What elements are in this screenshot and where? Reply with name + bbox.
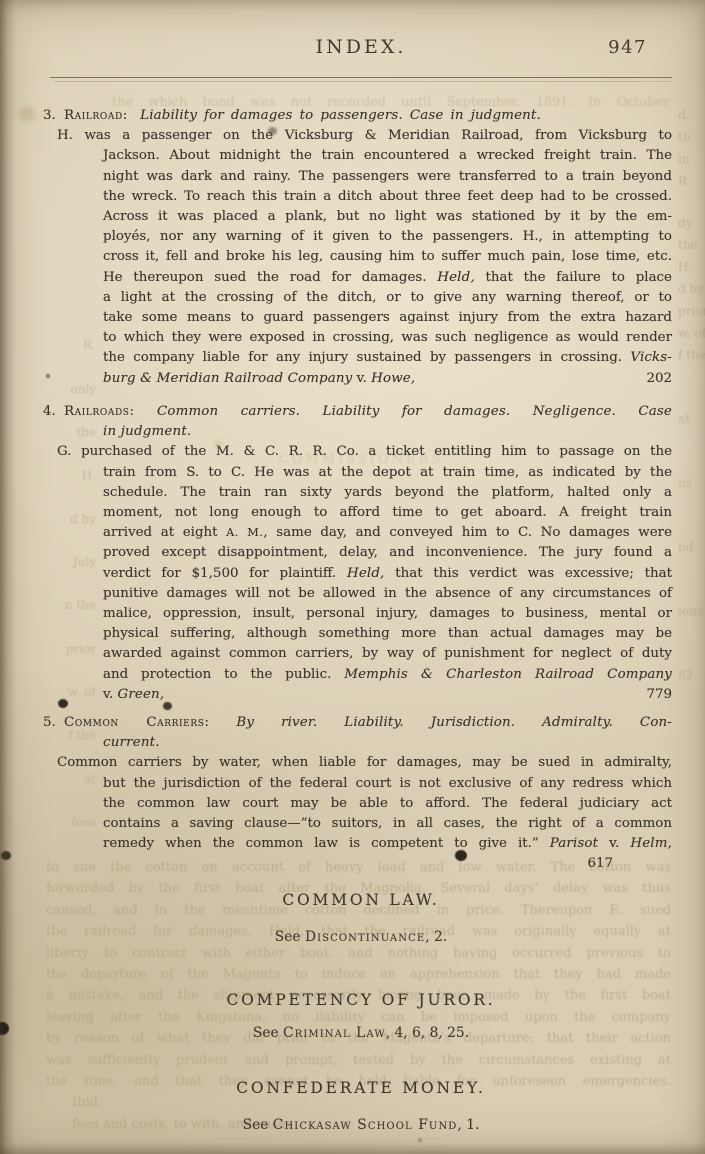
index-entry: 4.Railroads: Common carriers. Liability … [103,402,672,705]
see-word: See [275,929,305,945]
text-line: He thereupon sued the road for damages. … [103,268,672,288]
ghost-fragment: th [678,130,691,144]
text-line: to which they were exposed in crossing, … [103,328,672,348]
entry-heading: 3.Railroad: Liability for damages to pas… [43,106,672,126]
ghost-fragment: R. [678,174,691,188]
see-suffix: , 2. [425,929,447,945]
entry-term: Railroads: [64,404,135,419]
entry-subtitle-continuation: in judgment. [103,422,672,442]
ghost-fragment: the [678,238,698,252]
index-entry: 3.Railroad: Liability for damages to pas… [103,106,672,389]
section-see-reference: See Discontinuance, 2. [50,929,672,945]
page-reference: 779 [646,685,672,705]
text-line: a light at the crossing of the ditch, or… [103,288,672,308]
text-line: Across it was placed a plank, but no lig… [103,207,672,227]
text-line: cross it, fell and broke his leg, causin… [103,247,672,267]
text-line: the company liable for any injury sustai… [103,348,672,368]
ghost-fragment: only [44,382,96,396]
ghost-fragment: at [44,772,96,786]
entry-last-line: burg & Meridian Railroad Company v. Howe… [103,369,672,389]
entry-term: Railroad: [64,108,128,123]
ghost-fragment: prior [678,304,705,318]
see-term: Criminal Law [283,1025,386,1041]
ghost-fragment: f the [678,348,705,362]
ghost-fragment: ions [678,604,703,618]
text-line: moment, not long enough to afford time t… [103,503,672,523]
text-line: verdict for $1,500 for plaintiff. Held, … [103,564,672,584]
section-see-reference: See Criminal Law, 4, 6, 8, 25. [50,1025,672,1041]
ghost-fragment: July [44,555,96,569]
text-line: Jackson. About midnight the train encoun… [103,146,672,166]
ink-blot [58,699,68,708]
ghost-fragment: 82 [678,668,693,682]
see-word: See [253,1025,283,1041]
entry-heading: 5.Common Carriers: By river. Liability. … [43,713,672,733]
case-citation: burg & Meridian Railroad Company v. Howe… [103,369,415,389]
ghost-fragment: H. [678,260,692,274]
see-word: See [243,1117,273,1133]
text-line: malice, oppression, insult, personal inj… [103,604,672,624]
ghost-fragment: d by [678,282,704,296]
page-bottom-edge-shadow [0,1142,705,1154]
page-number: 947 [608,37,647,58]
text-line: H. was a passenger on the Vicksburg & Me… [57,126,672,146]
text-line: remedy when the common law is competent … [103,834,672,854]
text-line: G. purchased of the M. & C. R. R. Co. a … [57,442,672,462]
text-line: night was dark and rainy. The passengers… [103,167,672,187]
see-term: Chickasaw School Fund [273,1117,458,1133]
entry-number: 3. [43,106,64,126]
text-line: take some means to guard passengers agai… [103,308,672,328]
ink-blot [18,106,35,122]
ink-blot [46,374,50,378]
page-reference-row: 617 [103,854,672,874]
text-line: awarded against common carriers, by way … [103,644,672,664]
text-line: Common carriers by water, when liable fo… [57,753,672,773]
entry-subtitle: Common carriers. Liability for damages. … [157,404,672,419]
index-entry: 5.Common Carriers: By river. Liability. … [103,713,672,875]
ink-blot [455,850,467,861]
text-line: ployés, nor any warning of it given to t… [103,227,672,247]
ghost-fragment: in [678,152,690,166]
section-heading-common-law: COMMON LAW. [50,891,672,909]
header-rule-shadow [54,81,672,82]
page-left-edge-shadow [0,0,16,1154]
entry-heading: 4.Railroads: Common carriers. Liability … [43,402,672,422]
ghost-fragment: n the [44,598,96,612]
section-see-reference: See Chickasaw School Fund, 1. [50,1117,672,1133]
entry-subtitle: Liability for damages to passengers. Cas… [140,108,541,123]
ghost-text-line: liberty to contract with either boat, an… [46,943,671,964]
text-line: schedule. The train ran sixty yards beyo… [103,483,672,503]
text-line: proved except disappointment, delay, and… [103,543,672,563]
ink-blot [163,702,172,710]
entry-term: Common Carriers: [64,715,210,730]
text-line: punitive damages will not be allowed in … [103,584,672,604]
entry-number: 5. [43,713,64,733]
page-reference: 617 [587,856,613,871]
text-line: the common law court may be able to affo… [103,794,672,814]
scanned-book-page: the which bond was not recorded until Se… [0,0,705,1154]
entry-subtitle-continuation: current. [103,733,672,753]
ghost-fragment: R. [44,338,96,352]
entry-last-line: v. Green,779 [103,685,672,705]
see-suffix: , 1. [457,1117,479,1133]
ghost-fragment: dy [678,216,692,230]
ghost-fragment: w, of [44,685,96,699]
entry-subtitle: By river. Liability. Jurisdiction. Admir… [236,715,672,730]
ghost-fragment: w, of [678,326,705,340]
see-term: Discontinuance [305,929,425,945]
text-line: arrived at eight A. M., same day, and co… [103,523,672,543]
ghost-fragment: at [678,412,690,426]
text-line: but the jurisdiction of the federal cour… [103,774,672,794]
section-heading-confederate-money: CONFEDERATE MONEY. [50,1079,672,1097]
header-rule [50,77,672,78]
case-citation: v. Green, [103,685,164,705]
text-line: physical suffering, although something m… [103,624,672,644]
page-reference: 202 [646,369,672,389]
see-suffix: , 4, 6, 8, 25. [386,1025,469,1041]
text-line: contains a saving clause—“to suitors, in… [103,814,672,834]
ghost-fragment: d by [44,512,96,526]
text-line: and protection to the public. Memphis & … [103,665,672,685]
ghost-fragment: nd [678,540,693,554]
ghost-fragment: H. [44,468,96,482]
ink-blot [418,1138,422,1142]
entry-number: 4. [43,402,64,422]
ghost-fragment: us [678,476,692,490]
ghost-fragment: the [44,425,96,439]
ghost-fragment: fees [44,815,96,829]
text-line: train from S. to C. He was at the depot … [103,463,672,483]
text-line: the wreck. To reach this train a ditch a… [103,187,672,207]
running-title: INDEX. [50,36,672,58]
ghost-text-line: the departure of the Magenta to induce a… [46,964,671,985]
ghost-fragment: d. [678,108,690,122]
section-heading-competency-of-juror: COMPETENCY OF JUROR. [50,991,672,1009]
ghost-fragment: prior [44,642,96,656]
ghost-text-line: was sufficiently prudent and prompt, tes… [46,1050,671,1071]
